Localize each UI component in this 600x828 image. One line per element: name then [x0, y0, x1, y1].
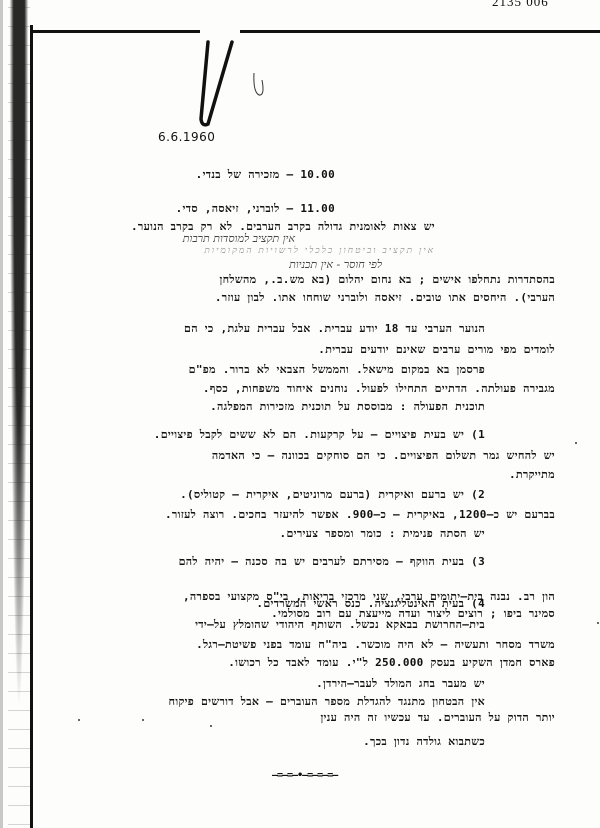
- doc-line: יש הסתה פנימית : כומר ומספר צעירים.: [280, 527, 485, 540]
- checkmark-icon: [190, 34, 240, 134]
- doc-line: יותר הדוק על העוברים. עד עכשיו זה היה ענ…: [320, 711, 555, 724]
- doc-line: תוכנית הפעולה : מבוססת על תוכנית מזכירות…: [210, 400, 485, 413]
- margin-line: [30, 25, 33, 828]
- doc-line: יש להחיש גמר תשלום הפיצויים. כי הם סוחקי…: [212, 449, 555, 462]
- document-date: 6.6.1960: [158, 130, 215, 144]
- end-separator: —=—=—•—=—=—=—: [272, 770, 337, 781]
- doc-line: לומדים מפי מורים ערבים שאינם יודעים עברי…: [318, 343, 555, 356]
- file-number: 2135 006: [492, 0, 549, 10]
- doc-line: אין הבטחון מתנגד להגדלת מספר העוברים – א…: [169, 695, 485, 708]
- top-rule: [33, 30, 600, 33]
- doc-line: בהסתדרות נתחלפו אישים ; בא נחום יהלום (ב…: [220, 273, 555, 286]
- binder-smudge: [8, 0, 30, 828]
- handwritten-note: לפי חוסר - אין תכניות: [289, 258, 382, 271]
- doc-line: 10.00 – מזכירה של בנדי.: [196, 168, 335, 181]
- u-mark-icon: [250, 70, 270, 100]
- doc-line: משרד מסחר ותעשיה – לא היה מוכשר. ביה"ח ע…: [196, 638, 555, 651]
- doc-line: הנוער הערבי עד 18 יודע עברית. אבל עברית …: [184, 322, 485, 335]
- page-edge: [0, 0, 3, 828]
- doc-line: מתייקרת.: [509, 468, 555, 481]
- doc-line: מגבירה פעולתה. הדתיים התחילו לפעול. נוחנ…: [203, 382, 555, 395]
- doc-line: יש מעבר בחג המולד לעבר–הירדן.: [316, 677, 485, 690]
- doc-line: 1) יש בעית פיצויים – על קרקעות. הם לא שש…: [154, 428, 485, 441]
- doc-line: בית–החרושת בבאקא נכשל. השותף היהודי שהומ…: [195, 618, 485, 631]
- doc-line: 3) בעית הווקף – מסירתם לערבים יש בה סכנה…: [179, 555, 485, 568]
- doc-line: הערבי). היחסים אתו טובים. זיאסה ולוברני …: [215, 291, 555, 304]
- doc-line: פרסמן בא במקום מישאל. והממשל הצבאי לא בר…: [189, 363, 485, 376]
- doc-line: כשתבוא גולדה נדון בכך.: [363, 735, 485, 748]
- doc-line: בברעם יש כ–1200, באיקרית – כ–900. אפשר ל…: [165, 508, 555, 521]
- doc-line: 11.00 – לוברני, זיאסה, סדי.: [176, 202, 335, 215]
- doc-line: 4) בעית האינטליגנציה. כנס ראשי המשרדים.: [256, 597, 485, 610]
- handwritten-note: אין תקציב וביטחון כלכלי לרשויות המקומיות: [204, 245, 435, 256]
- doc-line: 2) יש ברעם ואיקרית (ברעם מרוניטים, איקרי…: [180, 488, 485, 501]
- doc-line: פארס חמדן השקיע בעסק 250.000 ל"י. עומד ל…: [228, 656, 555, 669]
- handwritten-note: אין תקציב למוסדות תרבות: [183, 232, 295, 245]
